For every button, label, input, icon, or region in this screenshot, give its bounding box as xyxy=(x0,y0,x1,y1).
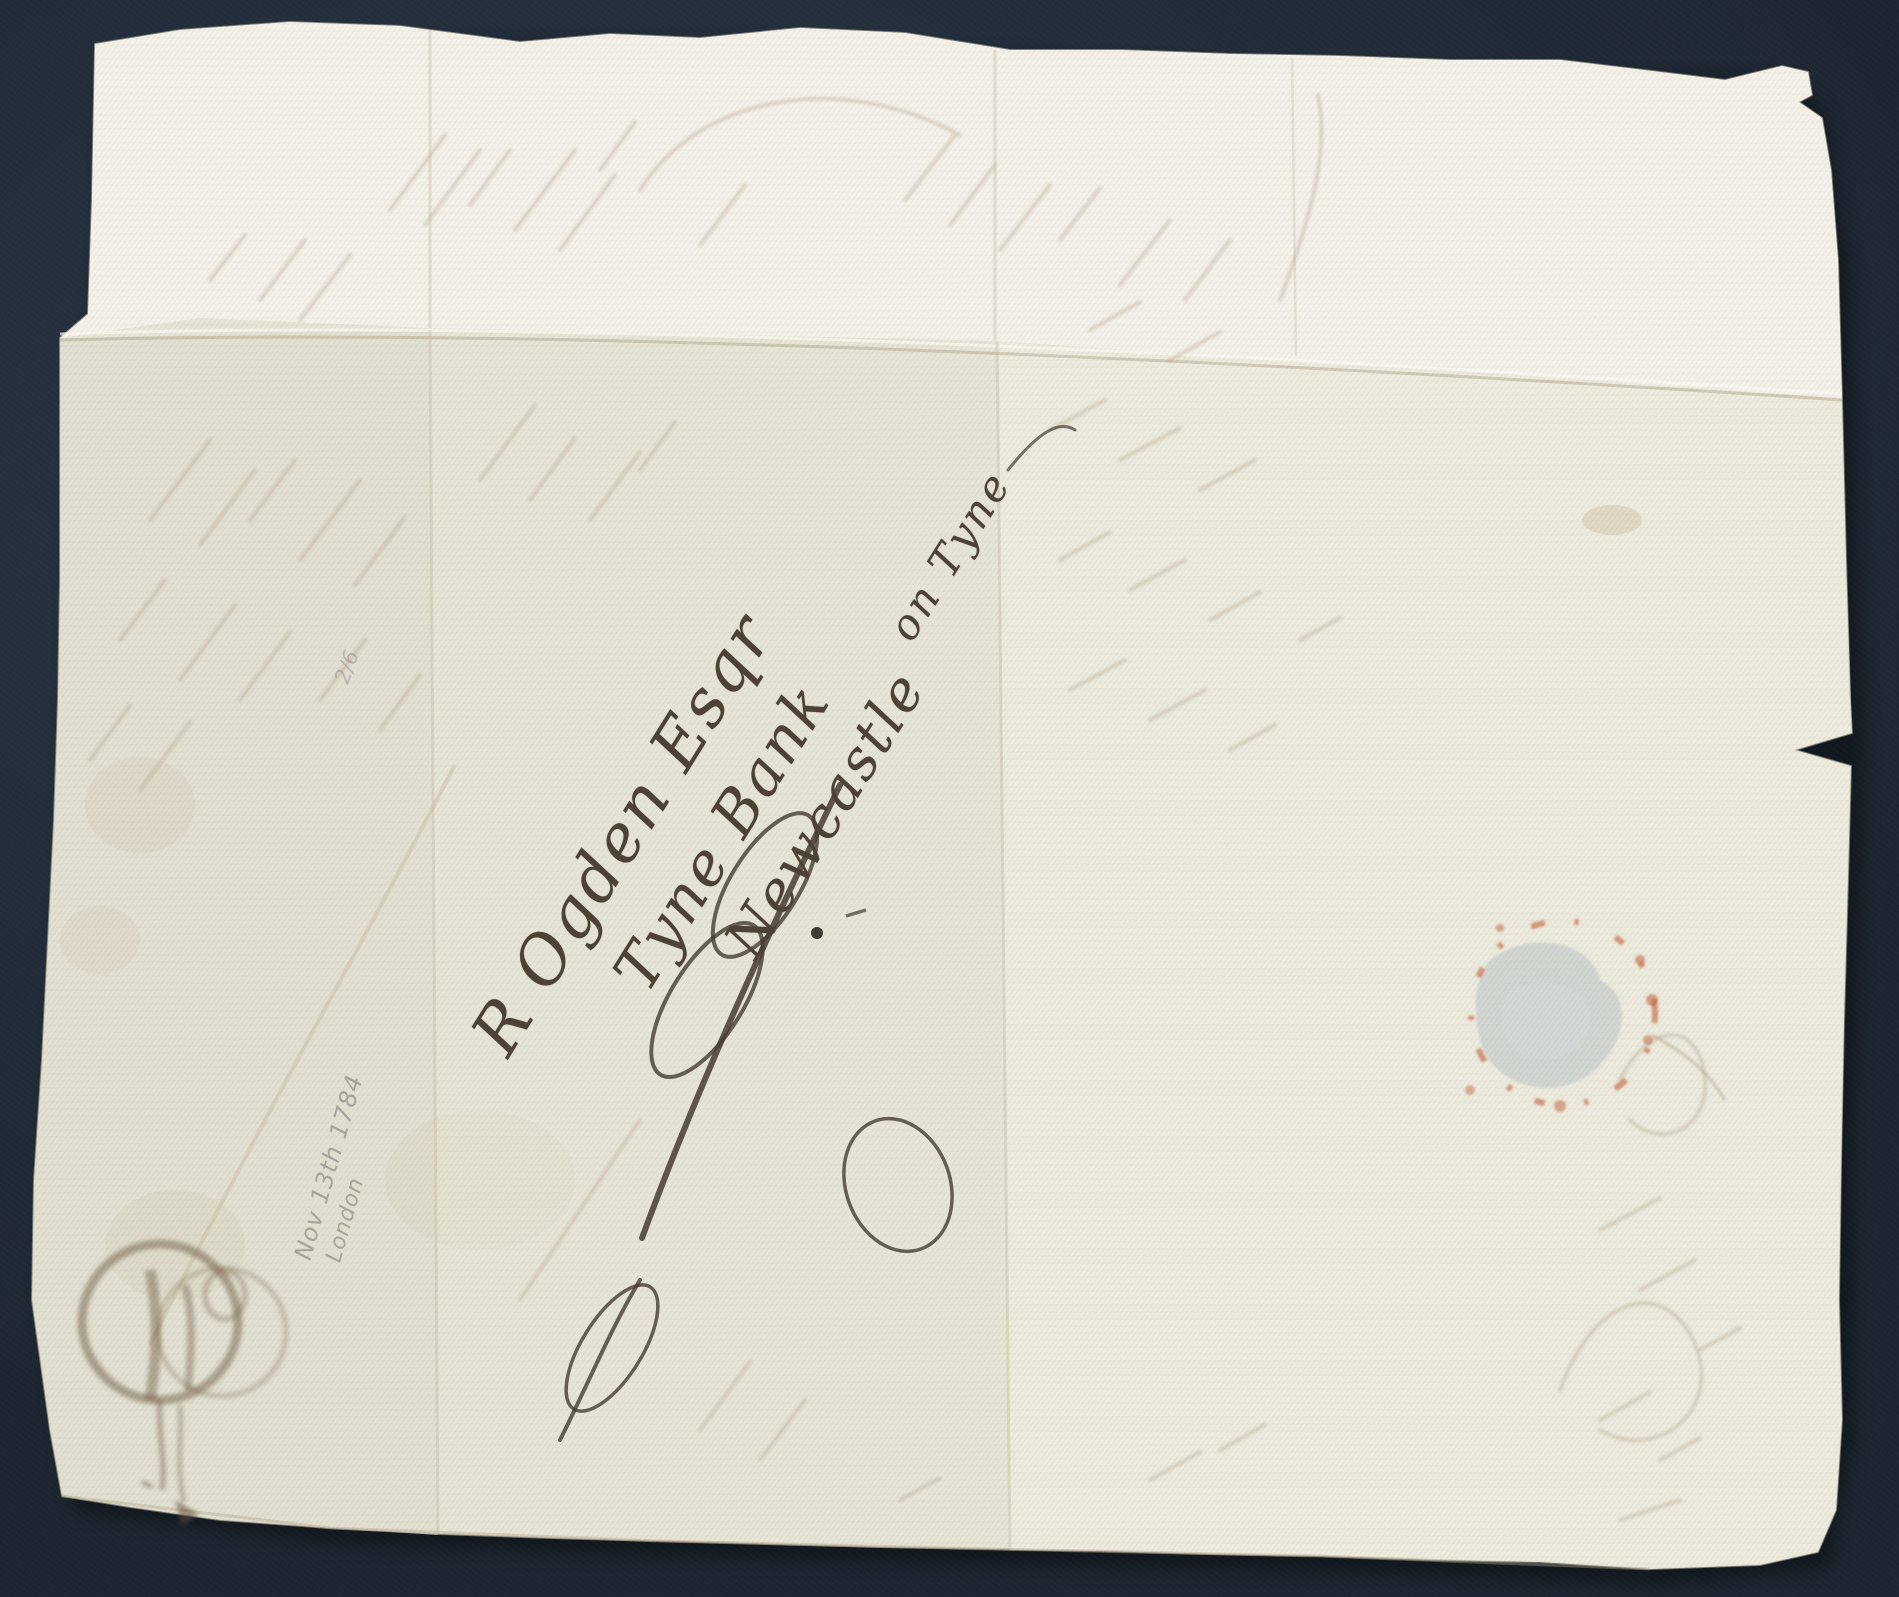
letter-illustration xyxy=(0,0,1899,1597)
letter-paper xyxy=(0,0,1899,1597)
photo-scene: R Ogden Esqr Tyne Bank Newcastleon Tyne … xyxy=(0,0,1899,1597)
